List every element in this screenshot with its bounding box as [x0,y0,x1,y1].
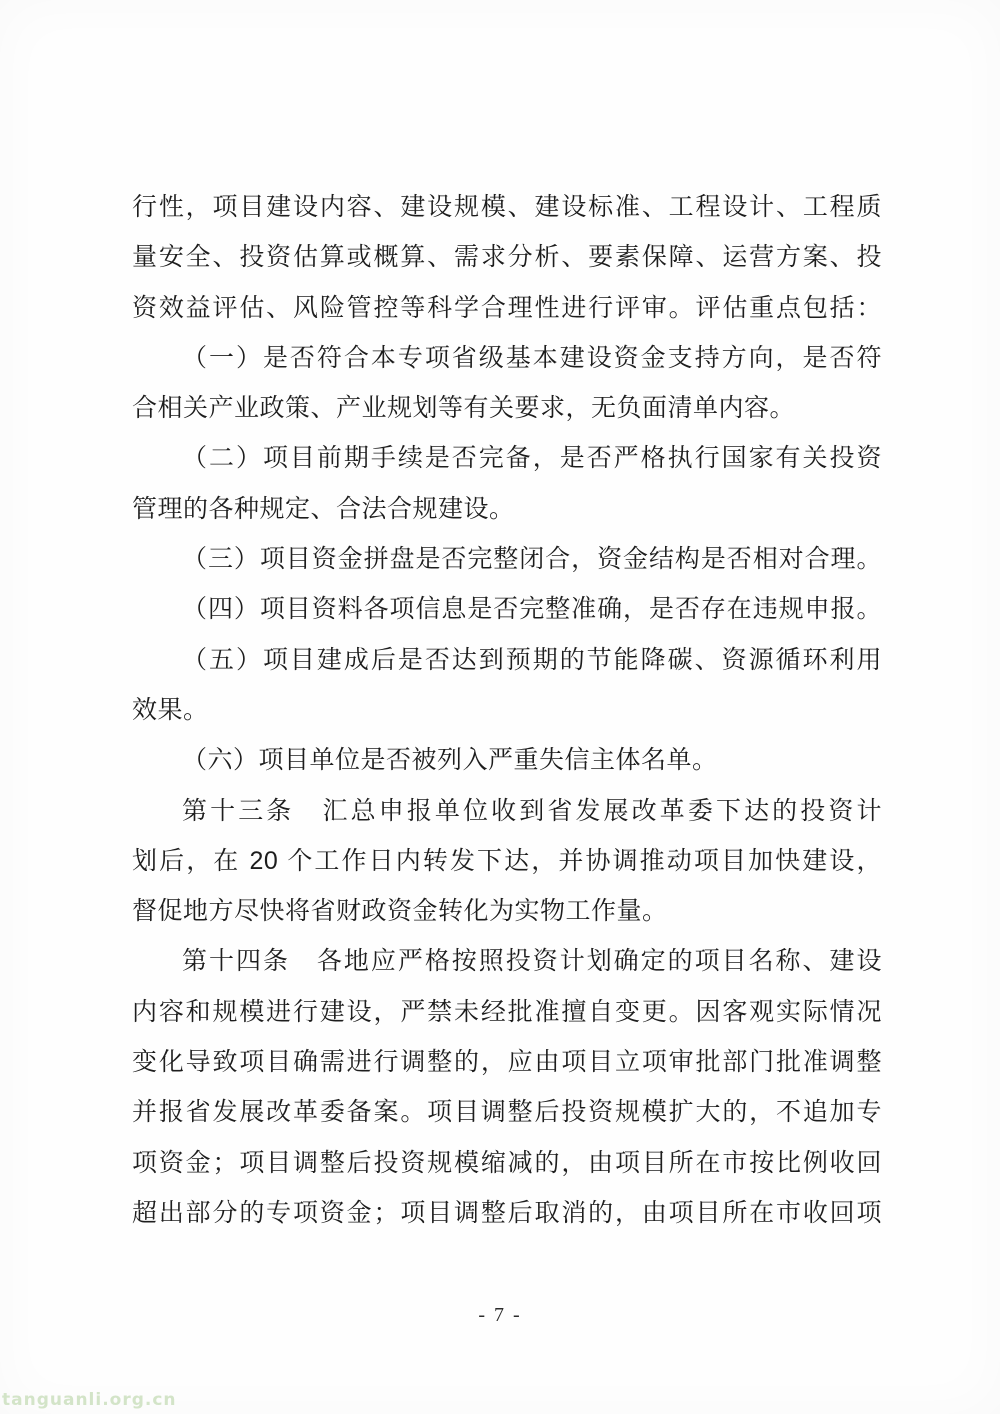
text-line: （五）项目建成后是否达到预期的节能降碳、资源循环利用 [132,635,882,685]
text-line: 资效益评估、风险管控等科学合理性进行评审。评估重点包括： [132,283,882,333]
text-line: （一）是否符合本专项省级基本建设资金支持方向，是否符 [132,333,882,383]
text-line: 并报省发展改革委备案。项目调整后投资规模扩大的，不追加专 [132,1087,882,1137]
text-line: 效果。 [132,685,882,735]
text-line: 项资金；项目调整后投资规模缩减的，由项目所在市按比例收回 [132,1138,882,1188]
text-line: 划后，在 20 个工作日内转发下达，并协调推动项目加快建设， [132,836,882,886]
text-line: 量安全、投资估算或概算、需求分析、要素保障、运营方案、投 [132,232,882,282]
text-line: 内容和规模进行建设，严禁未经批准擅自变更。因客观实际情况 [132,987,882,1037]
page-number: - 7 - [0,1304,1000,1327]
text-line: 合相关产业政策、产业规划等有关要求，无负面清单内容。 [132,383,882,433]
document-page: 行性，项目建设内容、建设规模、建设标准、工程设计、工程质 量安全、投资估算或概算… [0,0,1000,1414]
text-line: 管理的各种规定、合法合规建设。 [132,484,882,534]
text-line: 第十三条 汇总申报单位收到省发展改革委下达的投资计 [132,786,882,836]
text-line: （二）项目前期手续是否完备，是否严格执行国家有关投资 [132,433,882,483]
text-line: （三）项目资金拼盘是否完整闭合，资金结构是否相对合理。 [132,534,882,584]
watermark-text: tanguanli.org.cn [2,1390,177,1410]
text-line: 督促地方尽快将省财政资金转化为实物工作量。 [132,886,882,936]
text-line: 超出部分的专项资金；项目调整后取消的，由项目所在市收回项 [132,1188,882,1238]
text-line: 变化导致项目确需进行调整的，应由项目立项审批部门批准调整 [132,1037,882,1087]
text-line: 第十四条 各地应严格按照投资计划确定的项目名称、建设 [132,936,882,986]
text-line: （六）项目单位是否被列入严重失信主体名单。 [132,735,882,785]
text-line: 行性，项目建设内容、建设规模、建设标准、工程设计、工程质 [132,182,882,232]
text-line: （四）项目资料各项信息是否完整准确，是否存在违规申报。 [132,584,882,634]
document-body: 行性，项目建设内容、建设规模、建设标准、工程设计、工程质 量安全、投资估算或概算… [132,182,882,1238]
